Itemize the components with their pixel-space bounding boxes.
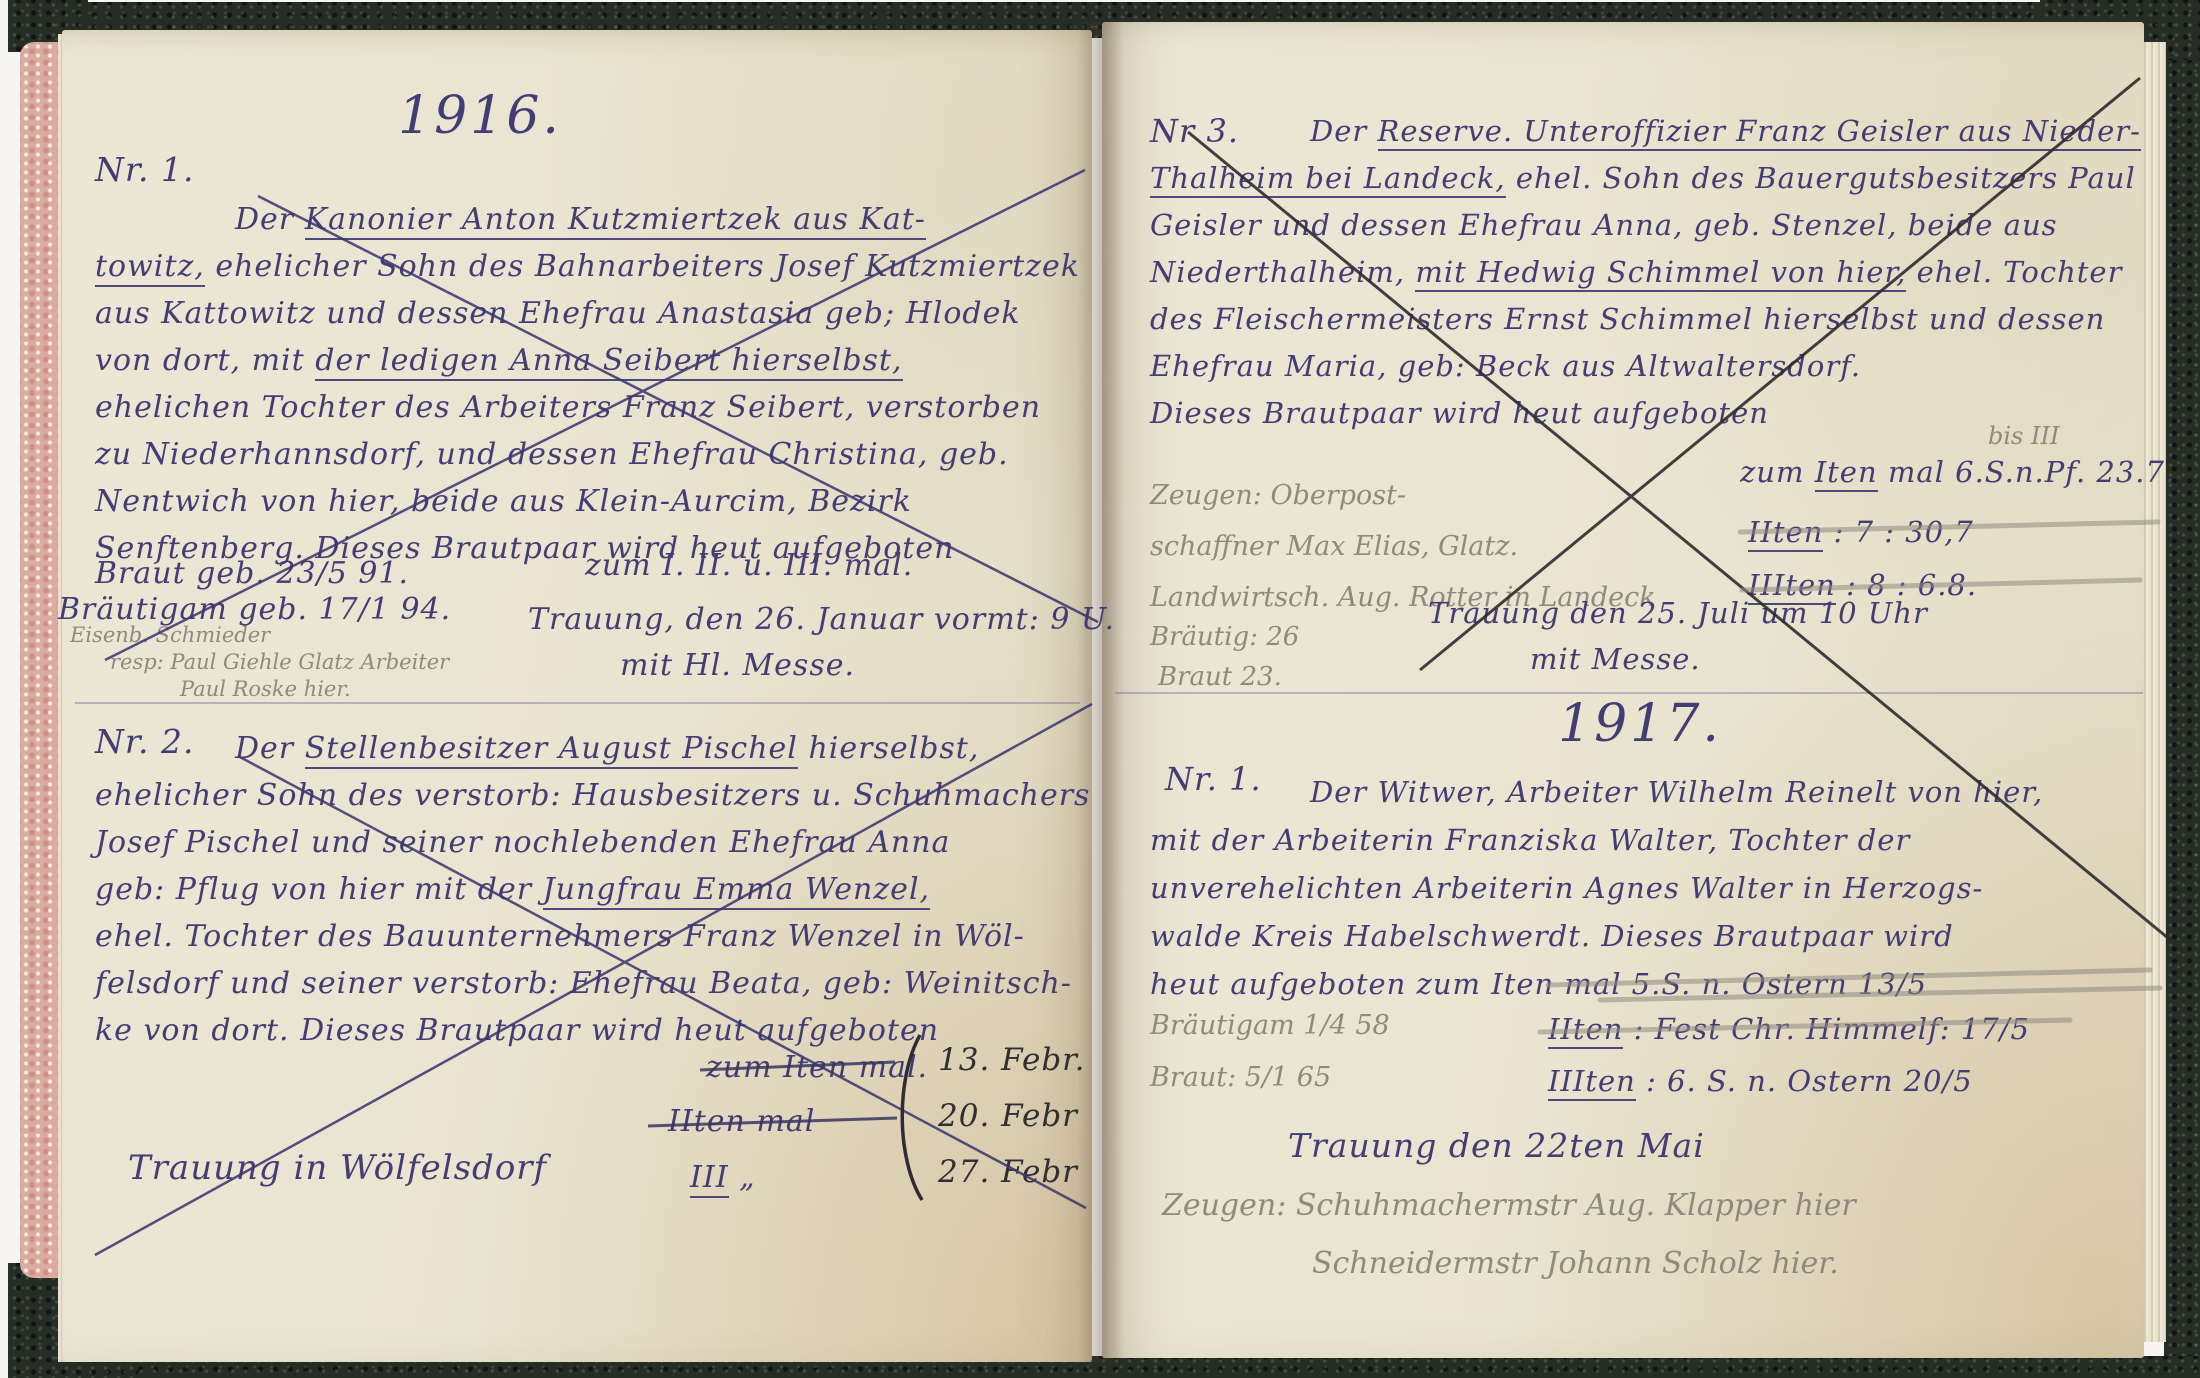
banns-date: 27. Febr <box>938 1154 1078 1190</box>
register-line: Ehefrau Maria, geb: Beck aus Altwaltersd… <box>1150 343 2141 390</box>
line-text: ke von dort. Dieses Brautpaar wird heut … <box>95 1013 939 1048</box>
register-line: Josef Pischel und seiner nochlebenden Eh… <box>95 819 1090 866</box>
wedding-note-1916-3: Trauung den 25. Juli um 10 Uhr <box>1428 596 1928 630</box>
register-line: towitz, ehelicher Sohn des Bahnarbeiters… <box>95 243 1080 290</box>
banns-row-1: zum Iten mal 6.S.n.Pf. 23.7. <box>1740 455 2175 489</box>
register-line: geb: Pflug von hier mit der Jungfrau Emm… <box>95 866 1090 913</box>
book-scan: 1916. Nr. 1. Der Kanonier Anton Kutzmier… <box>0 0 2200 1378</box>
line-text: walde Kreis Habelschwerdt. Dieses Brautp… <box>1150 919 1954 953</box>
register-line: Der Witwer, Arbeiter Wilhelm Reinelt von… <box>1150 768 2043 816</box>
register-line: Nentwich von hier, beide aus Klein-Aurci… <box>95 478 1080 525</box>
pencil-note-line: resp: Paul Giehle Glatz Arbeiter <box>70 649 449 676</box>
line-text: felsdorf und seiner verstorb: Ehefrau Be… <box>95 966 1072 1001</box>
wedding-note-1916-3-cont: mit Messe. <box>1530 642 1701 676</box>
book-cover-right-edge <box>2164 60 2200 1378</box>
register-line: zu Niederhannsdorf, und dessen Ehefrau C… <box>95 431 1080 478</box>
wedding-note-1916-1: Trauung, den 26. Januar vormt: 9 U. <box>528 602 1115 637</box>
banns-row-2: IIten : Fest Chr. Himmelf: 17/5 <box>1548 1012 2030 1046</box>
register-line: Der Stellenbesitzer August Pischel hiers… <box>95 725 1090 772</box>
register-line: Niederthalheim, mit Hedwig Schimmel von … <box>1150 249 2141 296</box>
banns-count-note: zum I. II. u. III. mal. <box>585 548 913 583</box>
register-line: aus Kattowitz und dessen Ehefrau Anastas… <box>95 290 1080 337</box>
entry-1917-1-body: Der Witwer, Arbeiter Wilhelm Reinelt von… <box>1150 768 2043 1008</box>
bride-birthdate-note: Braut: 5/1 65 <box>1150 1062 1331 1093</box>
register-line: des Fleischermeisters Ernst Schimmel hie… <box>1150 296 2141 343</box>
year-heading-1916: 1916. <box>290 86 670 146</box>
register-line: felsdorf und seiner verstorb: Ehefrau Be… <box>95 960 1090 1007</box>
banns-row-2: IIten mal <box>668 1104 815 1139</box>
register-line: walde Kreis Habelschwerdt. Dieses Brautp… <box>1150 912 2043 960</box>
banns-row-3: IIIten : 6. S. n. Ostern 20/5 <box>1548 1064 1973 1098</box>
entry-1916-1-body: Der Kanonier Anton Kutzmiertzek aus Kat-… <box>95 196 1080 572</box>
bride-age-note: Braut 23. <box>1158 662 1282 692</box>
line-text: ehelichen Tochter des Arbeiters Franz Se… <box>95 390 1041 425</box>
bride-birthdate: Braut geb. 23/5 91. <box>95 556 409 591</box>
year-heading-1917: 1917. <box>1430 694 1850 754</box>
register-line: ehelichen Tochter des Arbeiters Franz Se… <box>95 384 1080 431</box>
line-text: Josef Pischel und seiner nochlebenden Eh… <box>95 825 950 860</box>
wedding-note-1917-1: Trauung den 22ten Mai <box>1288 1126 1705 1165</box>
line-text: aus Kattowitz und dessen Ehefrau Anastas… <box>95 296 1021 331</box>
line-text: ehelicher Sohn des verstorb: Hausbesitze… <box>95 778 1090 813</box>
register-line: Der Reserve. Unteroffizier Franz Geisler… <box>1150 108 2141 155</box>
register-line: Geisler und dessen Ehefrau Anna, geb. St… <box>1150 202 2141 249</box>
register-line: ehel. Tochter des Bauunternehmers Franz … <box>95 913 1090 960</box>
line-text: ehel. Tochter des Bauunternehmers Franz … <box>95 919 1025 954</box>
line-text: Der Reserve. Unteroffizier Franz Geisler… <box>1150 108 2141 155</box>
line-text: towitz, <box>95 249 205 287</box>
line-text: von dort, mit <box>95 343 315 378</box>
line-text: geb: Pflug von hier mit der <box>95 872 543 907</box>
register-line: heut aufgeboten zum Iten mal 5.S. n. Ost… <box>1150 960 2043 1008</box>
witness-line: Zeugen: Oberpost- <box>1150 470 1656 521</box>
register-line: von dort, mit der ledigen Anna Seibert h… <box>95 337 1080 384</box>
banns-date: 13. Febr. <box>938 1042 1085 1078</box>
register-line: mit der Arbeiterin Franziska Walter, Toc… <box>1150 816 2043 864</box>
witness-line: Schneidermstr Johann Scholz hier. <box>1312 1246 1839 1281</box>
line-text: heut aufgeboten zum <box>1150 967 1491 1001</box>
line-text: Geisler und dessen Ehefrau Anna, geb. St… <box>1150 208 2058 242</box>
line-text: Der Kanonier Anton Kutzmiertzek aus Kat- <box>95 196 926 243</box>
pencil-note: Eisenb. Schmieder resp: Paul Giehle Glat… <box>70 622 449 703</box>
line-text: Der Stellenbesitzer August Pischel hiers… <box>95 725 979 772</box>
pencil-note-line: Eisenb. Schmieder <box>70 622 449 649</box>
line-text: mit der Arbeiterin Franziska Walter, Toc… <box>1150 823 1910 857</box>
entry-1916-2-body: Der Stellenbesitzer August Pischel hiers… <box>95 725 1090 1054</box>
line-text: Dieses Brautpaar wird heut aufgeboten <box>1150 396 1769 430</box>
witness-line: schaffner Max Elias, Glatz. <box>1150 521 1656 572</box>
line-text: Ehefrau Maria, geb: Beck aus Altwaltersd… <box>1150 349 1861 383</box>
banns-row-3: III „ <box>690 1160 756 1195</box>
pencil-note-line: Paul Roske hier. <box>70 676 449 703</box>
entry-1916-3-body: Der Reserve. Unteroffizier Franz Geisler… <box>1150 108 2141 437</box>
line-text: zu Niederhannsdorf, und dessen Ehefrau C… <box>95 437 1009 472</box>
entry-separator-left <box>75 702 1080 704</box>
banns-row-1: zum Iten mal. <box>706 1050 928 1085</box>
groom-age-note: Bräutig: 26 <box>1150 622 1299 652</box>
register-line: unverehelichten Arbeiterin Agnes Walter … <box>1150 864 2043 912</box>
witness-line: Zeugen: Schuhmachermstr Aug. Klapper hie… <box>1162 1188 1856 1223</box>
register-line: Der Kanonier Anton Kutzmiertzek aus Kat- <box>95 196 1080 243</box>
pencil-bis-note: bis III <box>1988 422 2059 450</box>
groom-birthdate-note: Bräutigam 1/4 58 <box>1150 1010 1390 1041</box>
line-text: Der Witwer, Arbeiter Wilhelm Reinelt von… <box>1150 768 2043 816</box>
entry-number-1916-1: Nr. 1. <box>95 150 195 189</box>
line-text: unverehelichten Arbeiterin Agnes Walter … <box>1150 871 1983 905</box>
register-line: Thalheim bei Landeck, ehel. Sohn des Bau… <box>1150 155 2141 202</box>
register-line: ehelicher Sohn des verstorb: Hausbesitze… <box>95 772 1090 819</box>
line-text: Nentwich von hier, beide aus Klein-Aurci… <box>95 484 912 519</box>
banns-row-2: IIten : 7 : 30,7 <box>1748 515 1974 549</box>
line-text: des Fleischermeisters Ernst Schimmel hie… <box>1150 302 2105 336</box>
line-text: Thalheim bei Landeck, <box>1150 161 1506 198</box>
wedding-note-1916-2: Trauung in Wölfelsdorf <box>128 1148 547 1188</box>
page-edge-pink <box>20 42 60 1278</box>
banns-date: 20. Febr <box>938 1098 1078 1134</box>
wedding-note-1916-1-cont: mit Hl. Messe. <box>620 648 855 683</box>
line-text: Niederthalheim, <box>1150 255 1415 289</box>
